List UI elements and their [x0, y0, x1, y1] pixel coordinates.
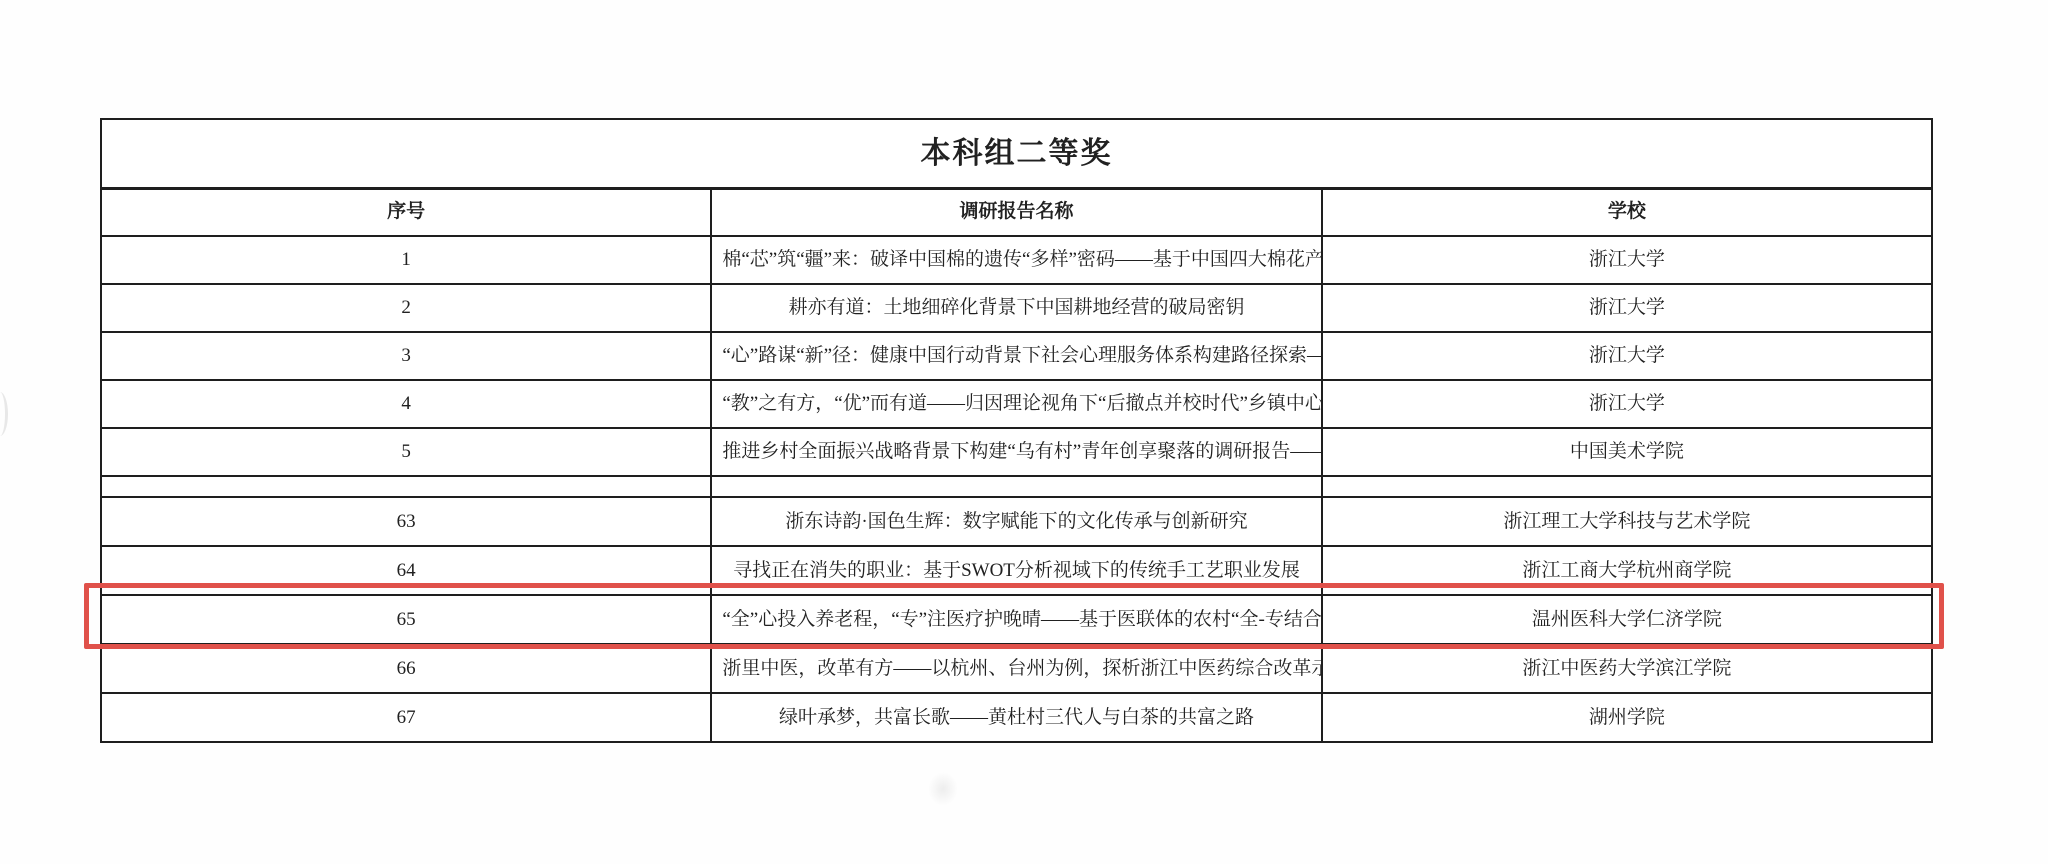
- table-title-row: 本科组二等奖: [101, 119, 1932, 188]
- empty-cell: [711, 476, 1321, 497]
- column-header-report: 调研报告名称: [711, 188, 1321, 236]
- table-row: 3 “心”路谋“新”径：健康中国行动背景下社会心理服务体系构建路径探索——以绍兴…: [101, 332, 1932, 380]
- report-title-cell: “全”心投入养老程，“专”注医疗护晚晴——基于医联体的农村“全-专结合”特色建设…: [711, 595, 1321, 644]
- report-title-cell: 绿叶承梦，共富长歌——黄杜村三代人与白茶的共富之路: [711, 693, 1321, 742]
- table-row-highlighted: 65 “全”心投入养老程，“专”注医疗护晚晴——基于医联体的农村“全-专结合”特…: [101, 595, 1932, 644]
- row-number-cell: 2: [101, 284, 711, 332]
- row-number-cell: 4: [101, 380, 711, 428]
- row-number-cell: 64: [101, 546, 711, 595]
- row-number-cell: 66: [101, 644, 711, 693]
- table-row: 66 浙里中医，改革有方——以杭州、台州为例，探析浙江中医药综合改革示范区建设的…: [101, 644, 1932, 693]
- row-number-cell: 67: [101, 693, 711, 742]
- row-number-cell: 3: [101, 332, 711, 380]
- school-cell: 浙江大学: [1322, 332, 1932, 380]
- school-cell: 湖州学院: [1322, 693, 1932, 742]
- row-number-cell: 5: [101, 428, 711, 476]
- table-row: 67 绿叶承梦，共富长歌——黄杜村三代人与白茶的共富之路 湖州学院: [101, 693, 1932, 742]
- report-title-cell: 浙东诗韵·国色生辉：数字赋能下的文化传承与创新研究: [711, 497, 1321, 546]
- school-cell: 浙江工商大学杭州商学院: [1322, 546, 1932, 595]
- school-cell: 浙江大学: [1322, 236, 1932, 284]
- school-cell: 浙江理工大学科技与艺术学院: [1322, 497, 1932, 546]
- table-row: 64 寻找正在消失的职业：基于SWOT分析视域下的传统手工艺职业发展 浙江工商大…: [101, 546, 1932, 595]
- column-header-no: 序号: [101, 188, 711, 236]
- school-cell: 浙江大学: [1322, 380, 1932, 428]
- report-title-cell: 耕亦有道：土地细碎化背景下中国耕地经营的破局密钥: [711, 284, 1321, 332]
- report-title-cell: “教”之有方，“优”而有道——归因理论视角下“后撤点并校时代”乡镇中心小学的困境…: [711, 380, 1321, 428]
- school-cell: 浙江大学: [1322, 284, 1932, 332]
- table-header-row: 序号 调研报告名称 学校: [101, 188, 1932, 236]
- empty-cell: [1322, 476, 1932, 497]
- separator-row: [101, 476, 1932, 497]
- table-row: 5 推进乡村全面振兴战略背景下构建“乌有村”青年创享聚落的调研报告——以浙江省温…: [101, 428, 1932, 476]
- scan-artifact: [928, 772, 958, 806]
- page-title: 本科组二等奖: [101, 119, 1932, 188]
- report-title-cell: “心”路谋“新”径：健康中国行动背景下社会心理服务体系构建路径探索——以绍兴市新…: [711, 332, 1321, 380]
- row-number-cell: 65: [101, 595, 711, 644]
- report-title-cell: 棉“芯”筑“疆”来：破译中国棉的遗传“多样”密码——基于中国四大棉花产区70年重…: [711, 236, 1321, 284]
- table-row: 2 耕亦有道：土地细碎化背景下中国耕地经营的破局密钥 浙江大学: [101, 284, 1932, 332]
- school-cell: 浙江中医药大学滨江学院: [1322, 644, 1932, 693]
- document-page: 本科组二等奖 序号 调研报告名称 学校 1 棉“芯”筑“疆”来：破译中国棉的遗传…: [0, 0, 2048, 864]
- table-row: 4 “教”之有方，“优”而有道——归因理论视角下“后撤点并校时代”乡镇中心小学的…: [101, 380, 1932, 428]
- award-table: 本科组二等奖 序号 调研报告名称 学校 1 棉“芯”筑“疆”来：破译中国棉的遗传…: [100, 118, 1933, 743]
- school-cell: 中国美术学院: [1322, 428, 1932, 476]
- scan-artifact: [0, 392, 8, 436]
- report-title-cell: 推进乡村全面振兴战略背景下构建“乌有村”青年创享聚落的调研报告——以浙江省温州市…: [711, 428, 1321, 476]
- row-number-cell: 63: [101, 497, 711, 546]
- table-row: 63 浙东诗韵·国色生辉：数字赋能下的文化传承与创新研究 浙江理工大学科技与艺术…: [101, 497, 1932, 546]
- report-title-cell: 浙里中医，改革有方——以杭州、台州为例，探析浙江中医药综合改革示范区建设的实践与…: [711, 644, 1321, 693]
- column-header-school: 学校: [1322, 188, 1932, 236]
- school-cell: 温州医科大学仁济学院: [1322, 595, 1932, 644]
- table-row: 1 棉“芯”筑“疆”来：破译中国棉的遗传“多样”密码——基于中国四大棉花产区70…: [101, 236, 1932, 284]
- row-number-cell: 1: [101, 236, 711, 284]
- report-title-cell: 寻找正在消失的职业：基于SWOT分析视域下的传统手工艺职业发展: [711, 546, 1321, 595]
- empty-cell: [101, 476, 711, 497]
